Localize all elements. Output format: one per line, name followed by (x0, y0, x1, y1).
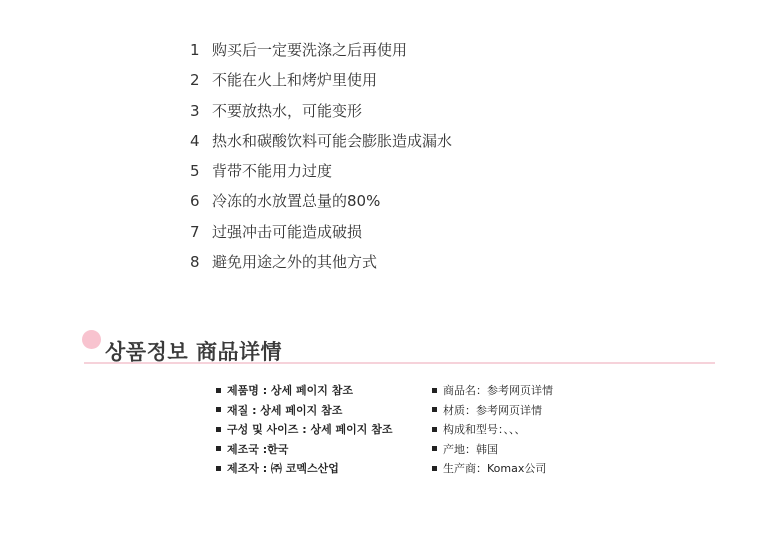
specs-korean-list: 제품명 : 상세 페이지 참조 재질 : 상세 페이지 참조 구성 및 사이즈 … (216, 381, 393, 479)
item-text: 过强冲击可能造成破损 (212, 223, 362, 241)
square-bullet-icon (216, 466, 221, 471)
spec-item: 生产商：Komax公司 (432, 459, 553, 479)
spec-item: 제품명 : 상세 페이지 참조 (216, 381, 393, 401)
item-number: 6 (190, 189, 212, 213)
spec-text: 产地：韩国 (443, 443, 498, 456)
care-item: 3不要放热水，可能变形 (190, 99, 452, 129)
pink-circle-icon (82, 330, 101, 349)
item-number: 1 (190, 38, 212, 62)
care-item: 5背带不能用力过度 (190, 159, 452, 189)
item-number: 8 (190, 250, 212, 274)
item-number: 7 (190, 220, 212, 244)
product-info-header: 상품정보 商品详情 (80, 328, 720, 368)
item-text: 避免用途之外的其他方式 (212, 253, 377, 271)
spec-text: 材质：参考网页详情 (443, 404, 542, 417)
care-item: 4热水和碳酸饮料可能会膨胀造成漏水 (190, 129, 452, 159)
square-bullet-icon (432, 446, 437, 451)
spec-text: 재질 : 상세 페이지 참조 (227, 404, 342, 417)
care-item: 1购买后一定要洗涤之后再使用 (190, 38, 452, 68)
spec-item: 재질 : 상세 페이지 참조 (216, 401, 393, 421)
spec-text: 구성 및 사이즈 : 상세 페이지 참조 (227, 423, 393, 436)
spec-text: 제조자 : ㈜ 코멕스산업 (227, 462, 339, 475)
spec-item: 구성 및 사이즈 : 상세 페이지 참조 (216, 420, 393, 440)
square-bullet-icon (216, 407, 221, 412)
item-text: 不能在火上和烤炉里使用 (212, 71, 377, 89)
care-item: 2不能在火上和烤炉里使用 (190, 68, 452, 98)
item-number: 5 (190, 159, 212, 183)
spec-item: 제조자 : ㈜ 코멕스산업 (216, 459, 393, 479)
spec-item: 제조국 :한국 (216, 440, 393, 460)
square-bullet-icon (432, 466, 437, 471)
care-item: 7过强冲击可能造成破损 (190, 220, 452, 250)
specs-chinese-list: 商品名：参考网页详情 材质：参考网页详情 构成和型号：、、、 产地：韩国 生产商… (432, 381, 553, 479)
care-instructions-list: 1购买后一定要洗涤之后再使用 2不能在火上和烤炉里使用 3不要放热水，可能变形 … (190, 38, 452, 280)
care-item: 8避免用途之外的其他方式 (190, 250, 452, 280)
square-bullet-icon (216, 388, 221, 393)
item-number: 4 (190, 129, 212, 153)
spec-text: 제품명 : 상세 페이지 참조 (227, 384, 353, 397)
item-number: 3 (190, 99, 212, 123)
spec-item: 商品名：参考网页详情 (432, 381, 553, 401)
item-text: 不要放热水，可能变形 (212, 102, 362, 120)
square-bullet-icon (432, 407, 437, 412)
spec-text: 生产商：Komax公司 (443, 462, 546, 475)
spec-text: 제조국 :한국 (227, 443, 288, 456)
item-text: 冷冻的水放置总量的80% (212, 192, 380, 210)
spec-item: 材质：参考网页详情 (432, 401, 553, 421)
square-bullet-icon (432, 388, 437, 393)
care-item: 6冷冻的水放置总量的80% (190, 189, 452, 219)
square-bullet-icon (216, 427, 221, 432)
square-bullet-icon (216, 446, 221, 451)
spec-item: 构成和型号：、、、 (432, 420, 553, 440)
item-text: 热水和碳酸饮料可能会膨胀造成漏水 (212, 132, 452, 150)
spec-text: 构成和型号：、、、 (443, 423, 526, 436)
spec-text: 商品名：参考网页详情 (443, 384, 553, 397)
divider (84, 362, 715, 364)
item-text: 购买后一定要洗涤之后再使用 (212, 41, 407, 59)
item-number: 2 (190, 68, 212, 92)
item-text: 背带不能用力过度 (212, 162, 332, 180)
spec-item: 产地：韩国 (432, 440, 553, 460)
square-bullet-icon (432, 427, 437, 432)
